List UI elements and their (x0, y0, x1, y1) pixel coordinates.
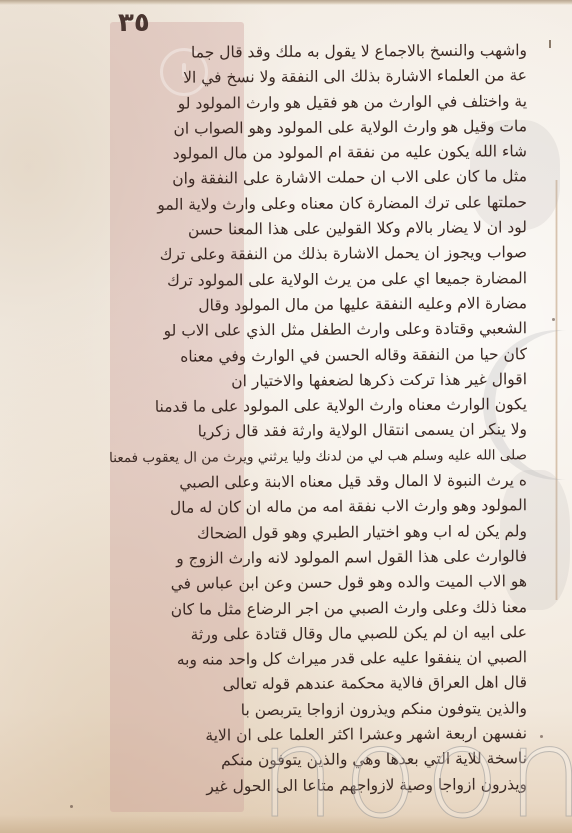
text-line: نفسهن اربعة اشهر وعشرا اكثر العلما على ا… (22, 721, 527, 750)
text-line: المضارة جميعا اي على من يرث الولاية على … (22, 266, 527, 295)
manuscript-text: واشهب والنسخ بالاجماع لا يقول به ملك وقد… (22, 40, 527, 799)
text-line: اقوال غير هذا تركت ذكرها لضعفها والاختيا… (22, 367, 527, 396)
text-line: على ابيه ان لم يكن للصبي مال وقال قتادة … (22, 620, 527, 649)
margin-mark (549, 40, 551, 48)
text-line: فالوارث على هذا القول اسم المولود لانه و… (22, 544, 527, 573)
manuscript-page: ٣٥ واشهب والنسخ بالاجماع لا يقول به ملك … (0, 0, 572, 833)
text-line: حملتها على ترك المضارة كان معناه وعلى وا… (22, 190, 527, 219)
page-bottom-edge (0, 803, 572, 833)
text-line: معنا ذلك وعلى وارث الصبي من اجر الرضاع م… (22, 595, 527, 624)
text-line: ية واختلف في الوارث من هو فقيل هو وارث ا… (22, 89, 527, 118)
text-line: كان حيا من النفقة وقاله الحسن في الوارث … (22, 342, 527, 371)
ink-speck (540, 735, 543, 738)
text-line: مضارة الام وعليه النفقة عليها من مال الم… (22, 291, 527, 320)
text-line: مات وقيل هو وارث الولاية على المولود وهو… (22, 114, 527, 143)
text-line: واشهب والنسخ بالاجماع لا يقول به ملك وقد… (22, 38, 527, 67)
page-top-edge (0, 0, 572, 5)
text-line: هو الاب الميت والده وهو قول حسن وعن ابن … (22, 569, 527, 598)
text-line: والذين يتوفون منكم ويذرون ازواجا يتربصن … (22, 696, 527, 725)
text-line: ولا ينكر ان يسمى انتقال الولاية وارثة فق… (22, 418, 527, 447)
text-line: ناسخة للاية التي بعدها وهي والذين يتوفون… (22, 747, 527, 776)
text-line: صواب ويجوز ان يحمل الاشارة بذلك من النفق… (22, 241, 527, 270)
text-line: عة من العلماء الاشارة بذلك الى النفقة ول… (22, 64, 527, 93)
ink-speck (70, 805, 73, 808)
text-line: مثل ما كان على الاب ان حملت الاشارة على … (22, 165, 527, 194)
text-line: الشعبي وقتادة وعلى وارث الطفل مثل الذي ع… (22, 317, 527, 346)
ink-speck (552, 318, 555, 321)
text-line: المولود وهو وارث الاب نفقة امه من ماله ا… (22, 494, 527, 523)
text-line: قال اهل العراق فالاية محكمة عندهم قوله ت… (22, 671, 527, 700)
text-line: ولم يكن له اب وهو اختيار الطبري وهو قول … (22, 519, 527, 548)
page-number: ٣٥ (118, 8, 150, 38)
text-line: ويذرون ازواجا وصية لازواجهم متاعا الى ال… (22, 772, 527, 801)
text-line: صلى الله عليه وسلم هب لي من لدنك وليا ير… (22, 443, 527, 472)
